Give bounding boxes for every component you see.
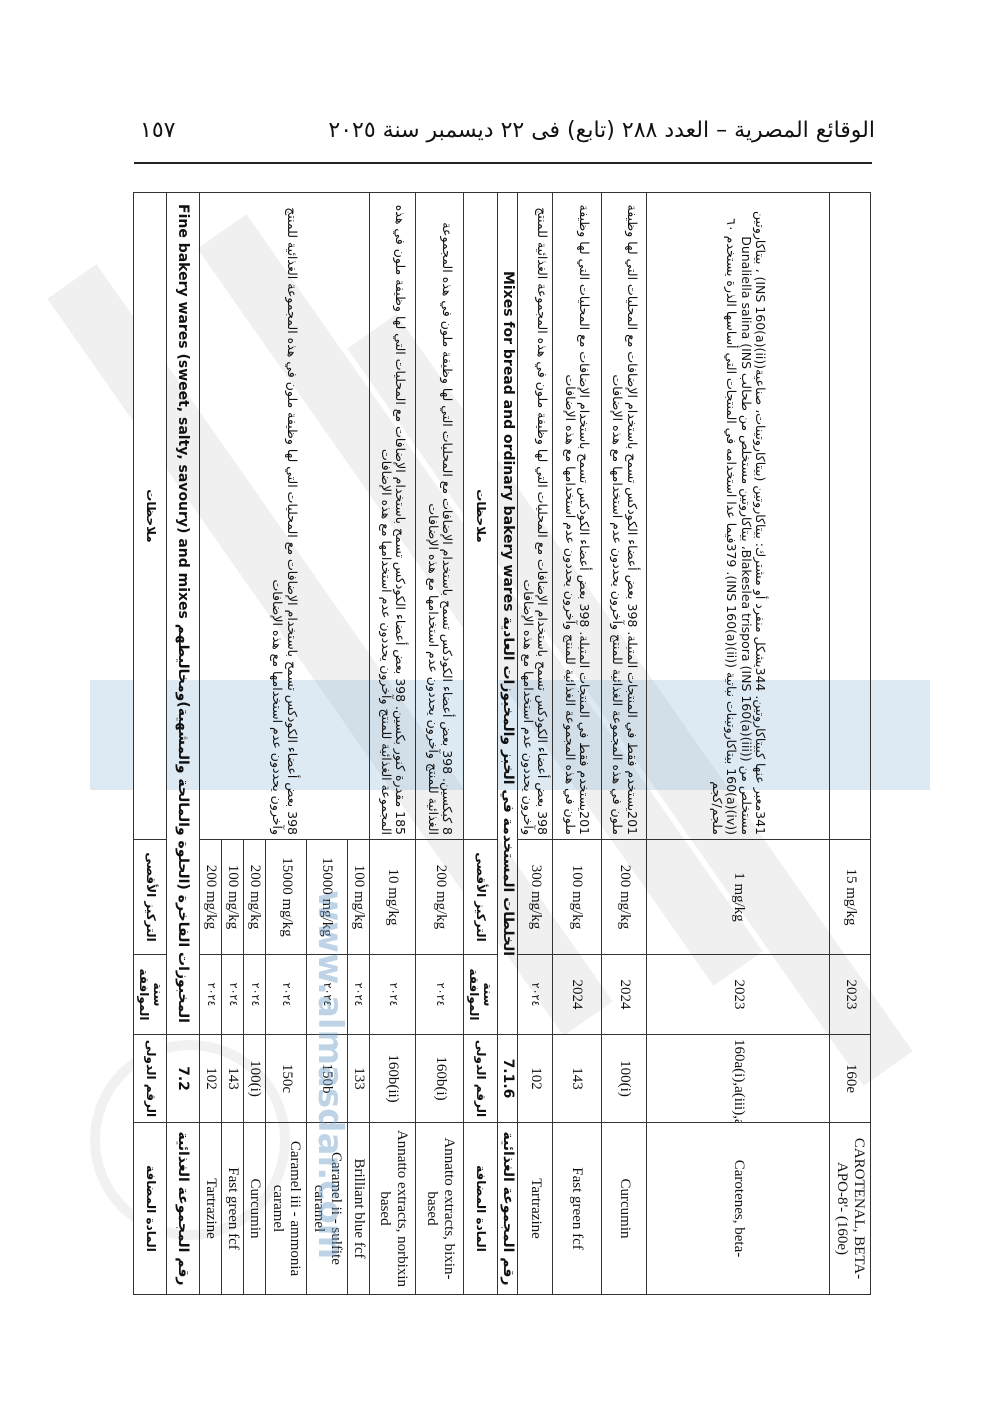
year-cell: ٢٠٢٤ [347, 955, 369, 1035]
col-header-additive: المادة المضافة [134, 1123, 167, 1295]
max-level-cell: 200 mg/kg [601, 840, 647, 955]
year-cell: ٢٠٢٤ [369, 955, 416, 1035]
year-cell: ٢٠٢٤ [222, 955, 244, 1035]
col-header-ins: الرقم الدولى [464, 1035, 497, 1123]
max-level-cell: 100 mg/kg [552, 840, 601, 955]
col-header-ins: الرقم الدولى [134, 1035, 167, 1123]
watermark-url: www.almasdar.com [310, 890, 350, 1259]
table-row: Annatto extracts, bixin-based 160b(i) ٢٠… [416, 193, 464, 1295]
ins-cell: 102 [200, 1035, 222, 1123]
notes-cell: 398 بعض أعضاء الكودكس تسمح باستخدام الإض… [200, 193, 370, 840]
header-rule [134, 162, 872, 164]
additive-cell: Annatto extracts, bixin-based [416, 1123, 464, 1295]
notes-cell: 398 بعض أعضاء الكودكس تسمح باستخدام الإض… [518, 193, 553, 840]
notes-cell: 201يستخدم فقط في المنتجات المتبلة. 398 ب… [552, 193, 601, 840]
ins-cell: 160e [830, 1035, 871, 1123]
ins-cell: 143 [552, 1035, 601, 1123]
column-header-row: المادة المضافة الرقم الدولى سنة الموافقة… [134, 193, 167, 1295]
year-cell: 2024 [601, 955, 647, 1035]
group-title: المخبوزات الفاخرة (الحلوة والمالحة والمش… [167, 193, 200, 1035]
additive-cell: Brilliant blue fcf [347, 1123, 369, 1295]
year-cell: 2023 [647, 955, 830, 1035]
max-level-cell: 100 mg/kg [222, 840, 244, 955]
year-cell: 2024 [552, 955, 601, 1035]
column-header-row: المادة المضافة الرقم الدولى سنة الموافقة… [464, 193, 497, 1295]
max-level-cell: 200 mg/kg [200, 840, 222, 955]
max-level-cell: 200 mg/kg [416, 840, 464, 955]
col-header-max-level: التركيز الأقصى [134, 840, 167, 955]
year-cell: ٢٠٢٤ [518, 955, 553, 1035]
ins-cell: 102 [518, 1035, 553, 1123]
notes-cell: 8 كبكسين. 398 بعض أعضاء الكودكس تسمح باس… [416, 193, 464, 840]
max-level-cell: 1 mg/kg [647, 840, 830, 955]
max-level-cell: 15 mg/kg [830, 840, 871, 955]
ins-cell: 133 [347, 1035, 369, 1123]
notes-cell: 341معبر عنها كبيتاكاروتين. 344يشكل منفرد… [647, 193, 830, 840]
max-level-cell: 300 mg/kg [518, 840, 553, 955]
max-level-cell: 15000 mg/kg [266, 840, 307, 955]
table-row: Brilliant blue fcf 133 ٢٠٢٤ 100 mg/kg 39… [347, 193, 369, 1295]
additive-cell: Fast green fcf [222, 1123, 244, 1295]
group-title: الخلطات المستخدمة في الخبز والمخبوزات ال… [497, 193, 518, 1035]
page-header: الوقائع المصرية – العدد ٢٨٨ (تابع) فى ٢٢… [140, 108, 875, 152]
table-row: Carotenes, beta- 160a(i),a(iii),a(iv) 20… [647, 193, 830, 1295]
ins-cell: 143 [222, 1035, 244, 1123]
group-row-716: رقم المجموعة الغذائية 7.1.6 الخلطات المس… [497, 193, 518, 1295]
year-cell: ٢٠٢٤ [200, 955, 222, 1035]
group-number: 7.2 [167, 1035, 200, 1123]
ins-cell: 150c [266, 1035, 307, 1123]
max-level-cell: 200 mg/kg [244, 840, 266, 955]
group-number-label: رقم المجموعة الغذائية [497, 1123, 518, 1295]
additive-cell: Curcumin [601, 1123, 647, 1295]
additive-cell: Curcumin [244, 1123, 266, 1295]
col-header-additive: المادة المضافة [464, 1123, 497, 1295]
col-header-year: سنة الموافقة [464, 955, 497, 1035]
group-number-label: رقم المجموعة الغذائية [167, 1123, 200, 1295]
year-cell: ٢٠٢٤ [416, 955, 464, 1035]
ins-cell: 160b(i) [416, 1035, 464, 1123]
additive-cell: CAROTENAL, BETA-APO-8'- (160e) [830, 1123, 871, 1295]
ins-cell: 100(i) [244, 1035, 266, 1123]
table-row: CAROTENAL, BETA-APO-8'- (160e) 160e 2023… [830, 193, 871, 1295]
page-number: ١٥٧ [140, 118, 175, 143]
additive-cell: Tartrazine [200, 1123, 222, 1295]
table-row: Annatto extracts, norbixin based 160b(ii… [369, 193, 416, 1295]
col-header-notes: ملاحظات [464, 193, 497, 840]
max-level-cell: 100 mg/kg [347, 840, 369, 955]
year-cell: 2023 [830, 955, 871, 1035]
table-row: Tartrazine 102 ٢٠٢٤ 300 mg/kg 398 بعض أع… [518, 193, 553, 1295]
col-header-notes: ملاحظات [134, 193, 167, 840]
ins-cell: 160a(i),a(iii),a(iv) [647, 1035, 830, 1123]
rotated-table-container: CAROTENAL, BETA-APO-8'- (160e) 160e 2023… [133, 192, 871, 1294]
additive-cell: Annatto extracts, norbixin based [369, 1123, 416, 1295]
notes-cell: 201يستخدم فقط في المنتجات المتبلة. 398 ب… [601, 193, 647, 840]
year-cell: ٢٠٢٤ [244, 955, 266, 1035]
ins-cell: 160b(ii) [369, 1035, 416, 1123]
additive-cell: Caramel iii - ammonia caramel [266, 1123, 307, 1295]
additives-table: CAROTENAL, BETA-APO-8'- (160e) 160e 2023… [133, 192, 871, 1295]
col-header-year: سنة الموافقة [134, 955, 167, 1035]
notes-cell: 185 مقدرة كنور بكسين. 398 بعض أعضاء الكو… [369, 193, 416, 840]
page-header-title: الوقائع المصرية – العدد ٢٨٨ (تابع) فى ٢٢… [328, 118, 875, 143]
additive-cell: Fast green fcf [552, 1123, 601, 1295]
max-level-cell: 10 mg/kg [369, 840, 416, 955]
additive-cell: Carotenes, beta- [647, 1123, 830, 1295]
group-number: 7.1.6 [497, 1035, 518, 1123]
table-row: Curcumin 100(i) 2024 200 mg/kg 201يستخدم… [601, 193, 647, 1295]
notes-cell [830, 193, 871, 840]
ins-cell: 100(i) [601, 1035, 647, 1123]
additive-cell: Tartrazine [518, 1123, 553, 1295]
col-header-max-level: التركيز الأقصى [464, 840, 497, 955]
year-cell: ٢٠٢٤ [266, 955, 307, 1035]
table-row: Fast green fcf 143 2024 100 mg/kg 201يست… [552, 193, 601, 1295]
group-row-72: رقم المجموعة الغذائية 7.2 المخبوزات الفا… [167, 193, 200, 1295]
